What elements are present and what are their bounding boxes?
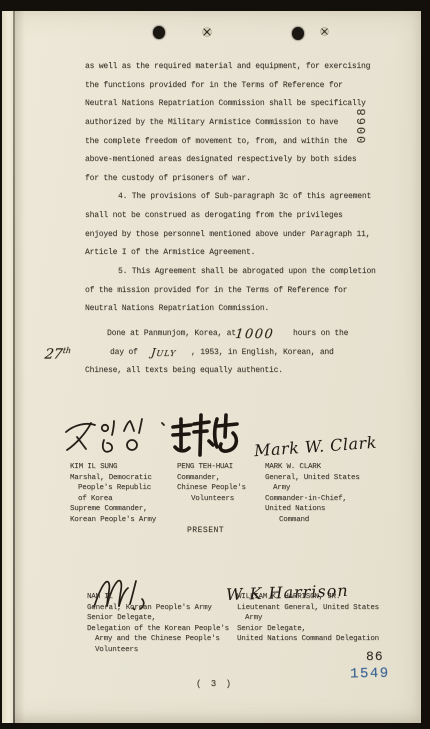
body-line: for the custody of prisoners of war. xyxy=(85,170,376,189)
body-line: authorized by the Military Armistice Com… xyxy=(85,114,376,133)
body-line: as well as the required material and equ… xyxy=(85,58,376,77)
fastener-brad-icon xyxy=(320,27,329,36)
signatory-title: General, Korean People's Army xyxy=(87,603,247,614)
body-line: Article I of the Armistice Agreement. xyxy=(85,244,376,263)
fastener-brad-icon xyxy=(202,27,212,37)
signatory-title: Lieutenant General, United States xyxy=(237,603,397,614)
signatory-name: WILLIAM K. HARRISON, JR. xyxy=(237,592,397,603)
binder-hole-icon xyxy=(153,26,165,39)
closing-block: Done at Panmunjom, Korea, at 1000 hours … xyxy=(85,325,283,381)
signatory-title: Senior Delegate, xyxy=(87,613,247,624)
closing-line-2: 27th day of July , 1953, in English, Kor… xyxy=(85,344,283,363)
harrison-signature-block: WILLIAM K. HARRISON, JR. Lieutenant Gene… xyxy=(237,592,397,645)
signatory-title: Army xyxy=(265,483,390,494)
body-line: Neutral Nations Repatriation Commission. xyxy=(85,300,376,319)
signatory-title: Commander, xyxy=(177,473,272,484)
signatory-title: Volunteers xyxy=(87,645,247,656)
scanned-document-page: { "page": { "side_stamp": "0068", "page_… xyxy=(0,0,430,729)
body-line: the complete freedom of movement to, fro… xyxy=(85,133,376,152)
body-line: enjoyed by those personnel mentioned abo… xyxy=(85,226,376,245)
kim-signature-block: KIM IL SUNG Marshal, Democratic People's… xyxy=(70,462,180,525)
signatory-title: People's Republic xyxy=(70,483,180,494)
signatory-title: Marshal, Democratic xyxy=(70,473,180,484)
signatory-title: Chinese People's xyxy=(177,483,272,494)
peng-teh-huai-signature xyxy=(169,411,243,469)
handwritten-day: 27th xyxy=(43,342,72,364)
signatory-title: United Nations xyxy=(265,504,390,515)
body-line-paragraph-4: 4. The provisions of Sub-paragraph 3c of… xyxy=(85,188,376,207)
signatory-title: General, United States xyxy=(265,473,390,484)
body-line: of the mission provided for in the Terms… xyxy=(85,282,376,301)
signatory-title: Supreme Commander, xyxy=(70,504,180,515)
signatory-title: Army and the Chinese People's xyxy=(87,634,247,645)
handwritten-day-number: 27 xyxy=(44,346,64,362)
present-label: PRESENT xyxy=(187,526,224,535)
closing-line-1: Done at Panmunjom, Korea, at 1000 hours … xyxy=(85,325,283,344)
page-number: ( 3 ) xyxy=(196,679,233,689)
closing-line-1-text: Done at Panmunjom, Korea, at xyxy=(107,329,236,338)
body-line-paragraph-5: 5. This Agreement shall be abrogated upo… xyxy=(85,263,376,282)
signatory-title: Commander-in-Chief, xyxy=(265,494,390,505)
body-text: as well as the required material and equ… xyxy=(85,58,376,319)
signatory-title: Delegation of the Korean People's xyxy=(87,624,247,635)
peng-signature-block: PENG TEH-HUAI Commander, Chinese People'… xyxy=(177,462,272,504)
reference-number: 86 xyxy=(366,649,384,664)
signatory-title: Senior Delegate, xyxy=(237,624,397,635)
signatory-title: United Nations Command Delegation xyxy=(237,634,397,645)
handwritten-time: 1000 xyxy=(234,326,275,345)
page-fold-shadow xyxy=(15,11,25,723)
signatory-name: PENG TEH-HUAI xyxy=(177,462,272,473)
signatory-name: MARK W. CLARK xyxy=(265,462,390,473)
body-line: above-mentioned areas designated respect… xyxy=(85,151,376,170)
closing-line-2-rest: , 1953, in English, Korean, and xyxy=(191,344,334,363)
body-line: Neutral Nations Repatriation Commission … xyxy=(85,95,376,114)
signatory-title: Volunteers xyxy=(177,494,272,505)
nam-signature-block: NAM IL General, Korean People's Army Sen… xyxy=(87,592,247,655)
page-edge-sliver xyxy=(2,11,13,723)
closing-line-2-dayof: day of xyxy=(110,344,138,363)
closing-line-1-post: hours on the xyxy=(293,325,348,344)
signatory-title: of Korea xyxy=(70,494,180,505)
signatory-title: Army xyxy=(237,613,397,624)
handwritten-day-suffix: th xyxy=(62,346,71,355)
binder-hole-icon xyxy=(292,27,304,40)
signatory-title: Korean People's Army xyxy=(70,515,180,526)
signatory-title: Command xyxy=(265,515,390,526)
closing-line-3: Chinese, all texts being equally authent… xyxy=(85,362,283,381)
handwritten-month: July xyxy=(150,344,177,363)
kim-il-sung-signature xyxy=(60,416,168,464)
blue-stamp-number: 1549 xyxy=(350,666,390,683)
body-line: shall not be construed as derogating fro… xyxy=(85,207,376,226)
clark-signature-block: MARK W. CLARK General, United States Arm… xyxy=(265,462,390,525)
signatory-name: KIM IL SUNG xyxy=(70,462,180,473)
body-line: the functions provided for in the Terms … xyxy=(85,77,376,96)
signatory-name: NAM IL xyxy=(87,592,247,603)
